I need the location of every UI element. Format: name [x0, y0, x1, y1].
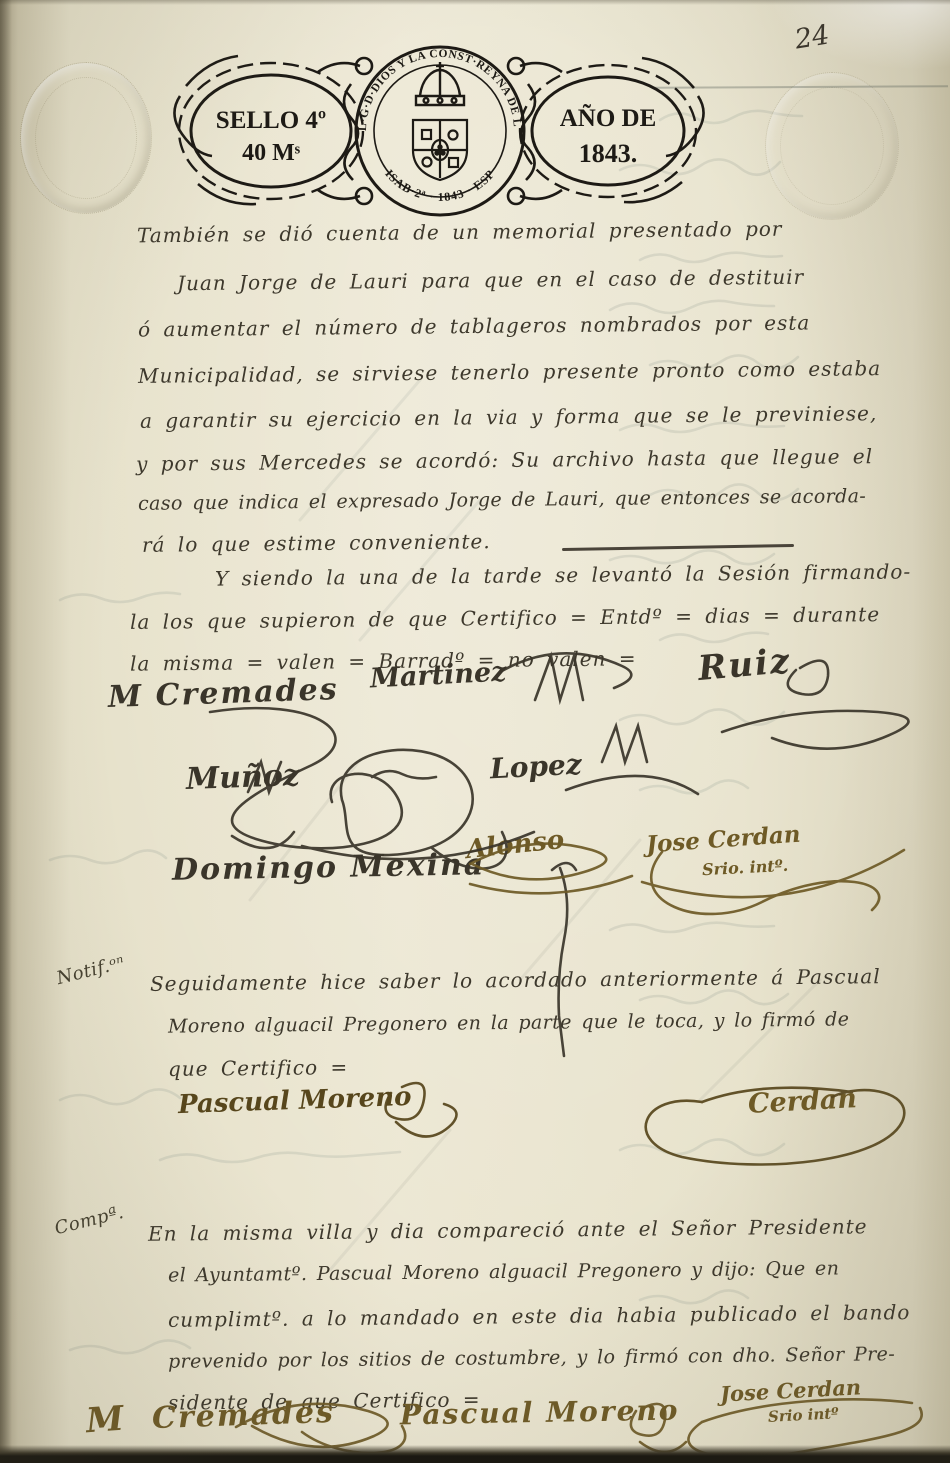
body-line: Moreno alguacil Pregonero en la parte qu… — [168, 1008, 850, 1037]
signature-cremades-bottom: Cremades — [151, 1395, 335, 1436]
signature-domingo-mexina: Domingo Mexina — [172, 847, 486, 887]
body-line: Municipalidad, se sirviese tenerlo prese… — [138, 356, 881, 388]
body-line: ó aumentar el número de tablageros nombr… — [138, 310, 810, 341]
signature-pascual-moreno: Pascual Moreno — [178, 1082, 412, 1120]
stamp-legend-bottom: ISAB·2ª · 1843 · ESP — [382, 167, 498, 204]
signature-cremades-initial: M — [85, 1399, 125, 1442]
stamp-year-label: AÑO DE — [560, 104, 657, 132]
body-line: Y siendo la una de la tarde se levantó l… — [215, 559, 911, 590]
stamp-legend-top: P·L·G·D·DIOS Y LA CONST·REYNA DE LAS — [168, 36, 523, 131]
coat-of-arms-shield — [413, 120, 467, 180]
body-line: Seguidamente hice saber lo acordado ante… — [150, 964, 881, 996]
signature-pascual-moreno-bottom: Pascual Moreno — [400, 1394, 680, 1432]
signature-martinez: Martinez — [369, 656, 507, 694]
stamp-year-value: 1843. — [579, 139, 638, 168]
signature-alonso: Alonso — [465, 825, 566, 865]
body-line: prevenido por los sitios de costumbre, y… — [168, 1343, 895, 1373]
svg-text:ISAB·2ª · 1843 · ESP: ISAB·2ª · 1843 · ESP — [382, 167, 498, 204]
svg-text:P·L·G·D·DIOS Y LA CONST·REYNA: P·L·G·D·DIOS Y LA CONST·REYNA DE LAS — [168, 36, 523, 131]
body-line: a garantir su ejercicio en la via y form… — [140, 401, 877, 433]
margin-note-comparecencia: Compª. — [53, 1202, 126, 1239]
signature-munoz: Muñoz — [185, 758, 300, 797]
embossed-seal-left — [20, 62, 152, 214]
page-number: 24 — [793, 20, 832, 56]
stamp-value-label: 40 Mˢ — [242, 140, 301, 166]
revenue-stamp: P·L·G·D·DIOS Y LA CONST·REYNA DE LAS ISA… — [168, 36, 713, 218]
binding-edge-shadow — [0, 0, 12, 1463]
body-line: También se dió cuenta de un memorial pre… — [137, 217, 783, 248]
signature-cremades: M Cremades — [107, 672, 339, 715]
margin-note-notification: Notif.ᵒⁿ — [54, 952, 127, 989]
body-line: rá lo que estime conveniente. — [142, 529, 491, 557]
embossed-seal-right — [765, 72, 899, 220]
body-line: que Certifico = — [168, 1055, 348, 1081]
closing-flourish-line — [562, 544, 794, 551]
signature-jose-cerdan-bottom: Jose Cerdan — [719, 1374, 861, 1406]
signature-lopez: Lopez — [489, 748, 582, 786]
signature-cerdan: Cerdan — [747, 1083, 857, 1120]
top-edge-shadow — [0, 0, 950, 5]
signature-jose-cerdan-title: Srio. intº. — [702, 856, 789, 879]
body-line: Juan Jorge de Lauri para que en el caso … — [177, 265, 804, 296]
crown-icon — [416, 62, 464, 105]
bottom-edge-shadow — [0, 1445, 950, 1463]
body-line: la los que supieron de que Certifico = E… — [130, 602, 880, 634]
stamp-class-label: SELLO 4º — [216, 107, 326, 134]
signature-jose-cerdan-bottom-title: Srio intº — [768, 1404, 840, 1426]
body-line: y por sus Mercedes se acordó: Su archivo… — [136, 444, 873, 476]
body-line: cumplimtº. a lo mandado en este dia habi… — [168, 1300, 911, 1332]
manuscript-page: 24 — [0, 0, 950, 1463]
stamp-ornaments — [174, 56, 703, 204]
signature-ruiz: Ruiz — [696, 641, 792, 689]
body-line: el Ayuntamtº. Pascual Moreno alguacil Pr… — [168, 1257, 839, 1286]
body-line: En la misma villa y dia compareció ante … — [148, 1214, 868, 1246]
body-line: caso que indica el expresado Jorge de La… — [138, 485, 866, 515]
signature-jose-cerdan: Jose Cerdan — [645, 821, 801, 859]
